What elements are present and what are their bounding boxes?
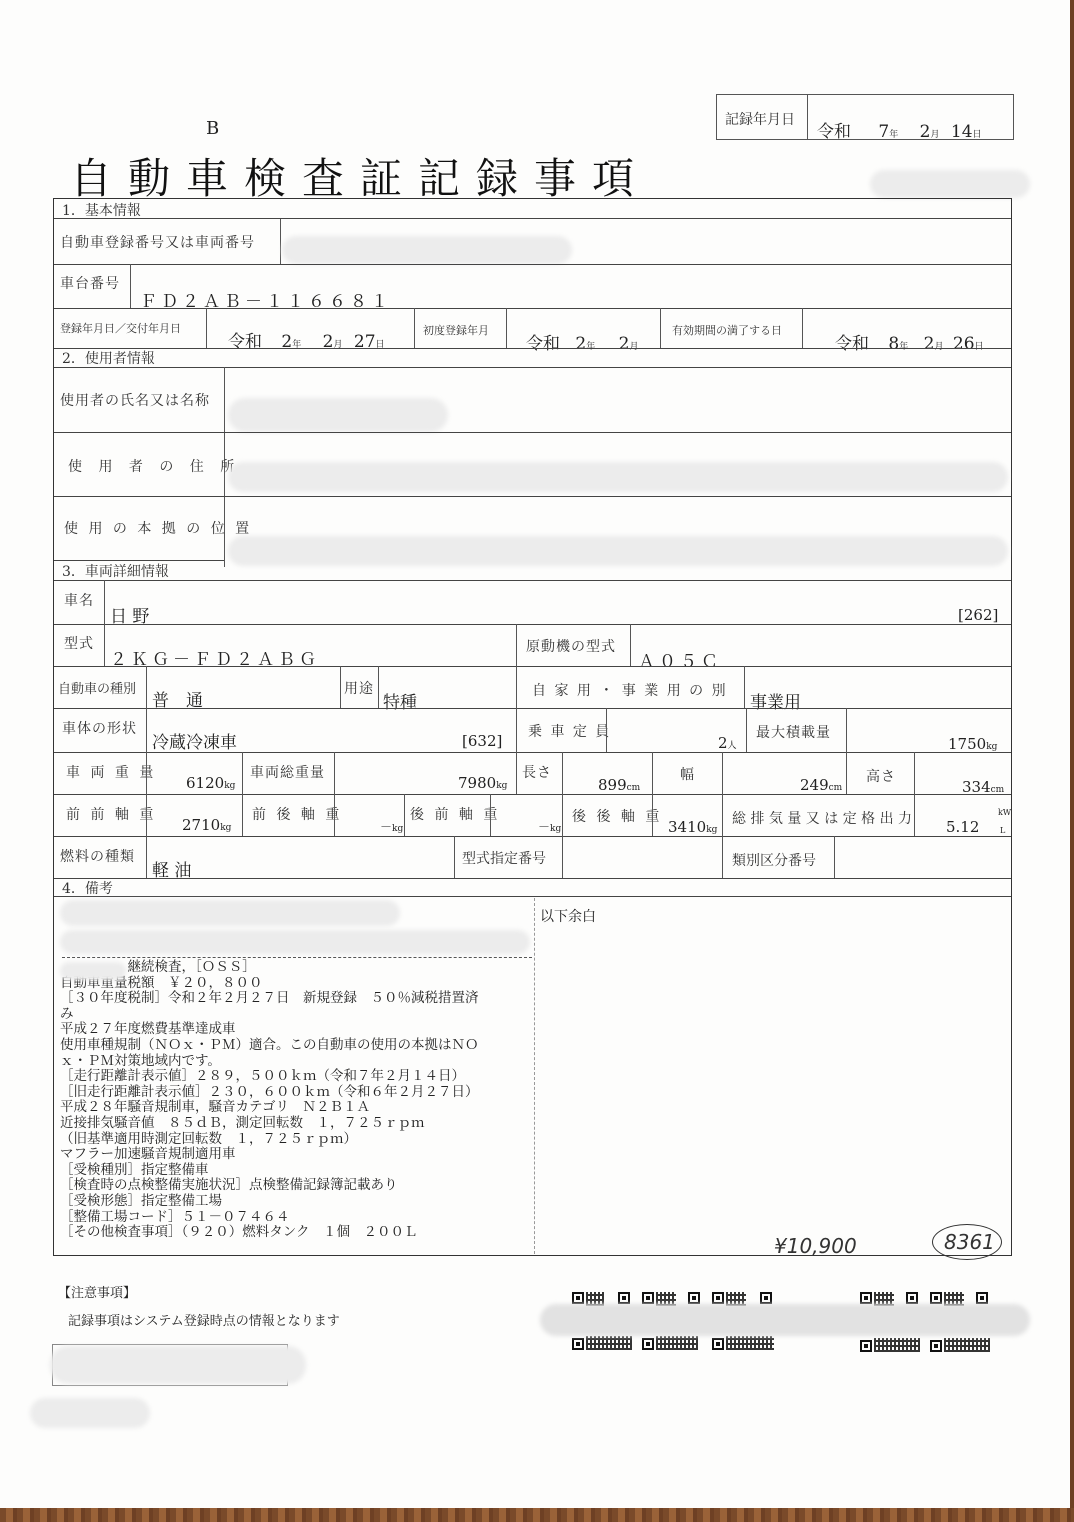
chassis-number-label: 車台番号 (60, 273, 120, 293)
remarks-line: マフラー加速騒音規制適用車 (60, 1147, 479, 1163)
usage-label: 用途 (344, 678, 374, 698)
private-business-label: 自 家 用 ・ 事 業 用 の 別 (532, 680, 728, 700)
ff-axle-value: 2710kg (182, 816, 231, 834)
rr-axle-label: 後 後 軸 重 (572, 806, 662, 826)
first-registration-value: 令和 2年 2月 (526, 329, 639, 354)
fuel-label: 燃料の種類 (60, 846, 135, 866)
remarks-line: ［その他検査事項］（９２０）燃料タンク １個 ２００Ｌ (60, 1225, 479, 1241)
qr-code-icon (688, 1292, 700, 1304)
document-page: B 自動車検査証記録事項 記録年月日 令和 7年 2月 14日 1．基本情報 自… (0, 0, 1070, 1508)
expiry-date-value: 令和 8年 2月 26日 (835, 329, 984, 354)
notes-text: 記録事項はシステム登録時点の情報となります (68, 1310, 340, 1329)
remarks-line: ［受検種別］指定整備車 (60, 1163, 479, 1179)
qr-code-icon (712, 1292, 724, 1304)
vehicle-weight-value: 6120kg (186, 774, 235, 792)
length-value: 899cm (598, 776, 640, 794)
qr-redacted-band (540, 1304, 1030, 1336)
qr-code-icon (930, 1292, 942, 1304)
base-location-label: 使 用 の 本 拠 の 位 置 (64, 518, 252, 538)
section-3-heading: 3．車両詳細情報 (62, 561, 169, 581)
remarks-line: 自動車重量税額 ￥２０，８００ (60, 976, 479, 992)
body-shape-code: [632] (462, 732, 502, 750)
notes-heading: 【注意事項】 (58, 1282, 136, 1301)
remarks-line: 使用車種規制（ＮＯｘ・ＰＭ）適合。この自動車の使用の本拠はＮＯ (60, 1038, 479, 1054)
expiry-date-label: 有効期間の満了する日 (672, 322, 782, 338)
user-address-label: 使 用 者 の 住 所 (68, 456, 240, 476)
desk-edge (1070, 0, 1074, 1522)
qr-code-icon (760, 1292, 772, 1304)
displacement-label: 総 排 気 量 又 は 定 格 出 力 (732, 808, 912, 828)
remarks-blank-below: 以下余白 (540, 906, 596, 926)
section-1-heading: 1．基本情報 (62, 200, 141, 220)
engine-model-label: 原動機の型式 (526, 636, 616, 656)
max-load-value: 1750kg (948, 735, 997, 753)
remarks-line: ［走行距離計表示値］２８９，５００ｋｍ（令和７年２月１４日） (60, 1069, 479, 1085)
qr-code-icon (642, 1292, 654, 1304)
vehicle-type-label: 自動車の種別 (58, 678, 136, 697)
user-address-redacted (228, 462, 1008, 492)
registration-number-redacted (282, 236, 572, 264)
qr-code-icon (930, 1340, 942, 1352)
registration-number-label: 自動車登録番号又は車両番号 (60, 232, 255, 252)
vehicle-weight-label: 車 両 重 量 (66, 762, 156, 782)
usage-value: 特種 (383, 688, 417, 713)
displacement-value: 5.12 (946, 818, 979, 836)
remarks-line: ｘ・ＰＭ対策地域内です。 (60, 1054, 479, 1070)
remarks-line: ［整備工場コード］５１－０７４６４ (60, 1210, 479, 1226)
qr-code-icon (976, 1292, 988, 1304)
base-location-redacted (228, 536, 1008, 566)
handwritten-amount: ¥10,900 (774, 1234, 857, 1258)
displacement-unit-l: L (1000, 826, 1005, 835)
user-name-redacted (228, 398, 448, 432)
remarks-redacted-2 (60, 930, 530, 954)
fr-axle-label: 前 後 軸 重 (252, 804, 342, 824)
remarks-line: ［３０年度税制］令和２年２月２７日 新規登録 ５０％減税措置済 (60, 991, 479, 1007)
fr-axle-value: －kg (380, 818, 403, 835)
remarks-line: ［受検形態］指定整備工場 (60, 1194, 479, 1210)
qr-code-icon (712, 1338, 724, 1350)
gross-weight-value: 7980kg (458, 774, 507, 792)
car-name-code: [262] (958, 606, 998, 624)
qr-code-icon (860, 1340, 872, 1352)
category-number-label: 類別区分番号 (732, 850, 816, 870)
section-2-heading: 2．使用者情報 (62, 348, 155, 368)
max-load-label: 最大積載量 (756, 722, 831, 742)
user-name-label: 使用者の氏名又は名称 (60, 390, 210, 410)
remarks-redacted-1 (60, 900, 400, 926)
section-4-heading: 4．備考 (62, 878, 113, 898)
gross-weight-label: 車両総重量 (250, 762, 325, 782)
record-date-label: 記録年月日 (725, 109, 795, 129)
model-label: 型式 (64, 633, 94, 653)
remarks-inline-redacted (60, 962, 126, 980)
form-mark: B (206, 118, 219, 139)
redacted-area (870, 170, 1030, 198)
car-name-label: 車名 (64, 590, 94, 610)
displacement-unit-kw: kW (998, 808, 1011, 817)
registration-date-label: 登録年月日／交付年月日 (60, 320, 181, 336)
height-label: 高さ (866, 766, 896, 786)
qr-code-icon (642, 1338, 654, 1350)
record-date-box: 記録年月日 令和 7年 2月 14日 (716, 94, 1014, 140)
rf-axle-value: －kg (538, 818, 561, 835)
remarks-text: ，継続検査，［ＯＳＳ］自動車重量税額 ￥２０，８００［３０年度税制］令和２年２月… (60, 960, 479, 1241)
remarks-line: 平成２８年騒音規制車，騒音カテゴリ Ｎ２Ｂ１Ａ (60, 1100, 479, 1116)
width-value: 249cm (800, 776, 842, 794)
engine-model-value: Ａ０５Ｃ (638, 647, 722, 672)
type-designation-label: 型式指定番号 (462, 848, 546, 868)
length-label: 長さ (522, 762, 552, 782)
desk-surface (0, 1508, 1074, 1522)
body-shape-label: 車体の形状 (62, 718, 137, 738)
width-label: 幅 (680, 764, 695, 784)
remarks-line: ［旧走行距離計表示値］２３０，６００ｋｍ（令和６年２月２７日） (60, 1085, 479, 1101)
capacity-label: 乗 車 定 員 (528, 721, 611, 741)
handwritten-circled-number: 8361 (944, 1230, 995, 1254)
page-title: 自動車検査証記録事項 (70, 146, 650, 206)
ff-axle-label: 前 前 軸 重 (66, 804, 156, 824)
record-date-value: 令和 7年 2月 14日 (817, 117, 982, 142)
remarks-line: 平成２７年度燃費基準達成車 (60, 1022, 479, 1038)
body-shape-value: 冷蔵冷凍車 (152, 728, 237, 753)
footer-redacted (30, 1398, 150, 1428)
qr-code-icon (860, 1292, 872, 1304)
remarks-line: （旧基準適用時測定回転数 １，７２５ｒｐｍ） (60, 1132, 479, 1148)
qr-code-icon (618, 1292, 630, 1304)
stamp-redacted (50, 1346, 306, 1384)
capacity-value: 2人 (718, 734, 737, 752)
private-business-value: 事業用 (750, 688, 801, 713)
remarks-line: 近接排気騒音値 ８５ｄＢ，測定回転数 １，７２５ｒｐｍ (60, 1116, 479, 1132)
rr-axle-value: 3410kg (668, 818, 717, 836)
qr-code-icon (572, 1338, 584, 1350)
qr-code-icon (572, 1292, 584, 1304)
qr-code-icon (906, 1292, 918, 1304)
first-registration-label: 初度登録年月 (423, 322, 489, 338)
remarks-line: ［検査時の点検整備実施状況］点検整備記録簿記載あり (60, 1178, 479, 1194)
rf-axle-label: 後 前 軸 重 (410, 804, 500, 824)
